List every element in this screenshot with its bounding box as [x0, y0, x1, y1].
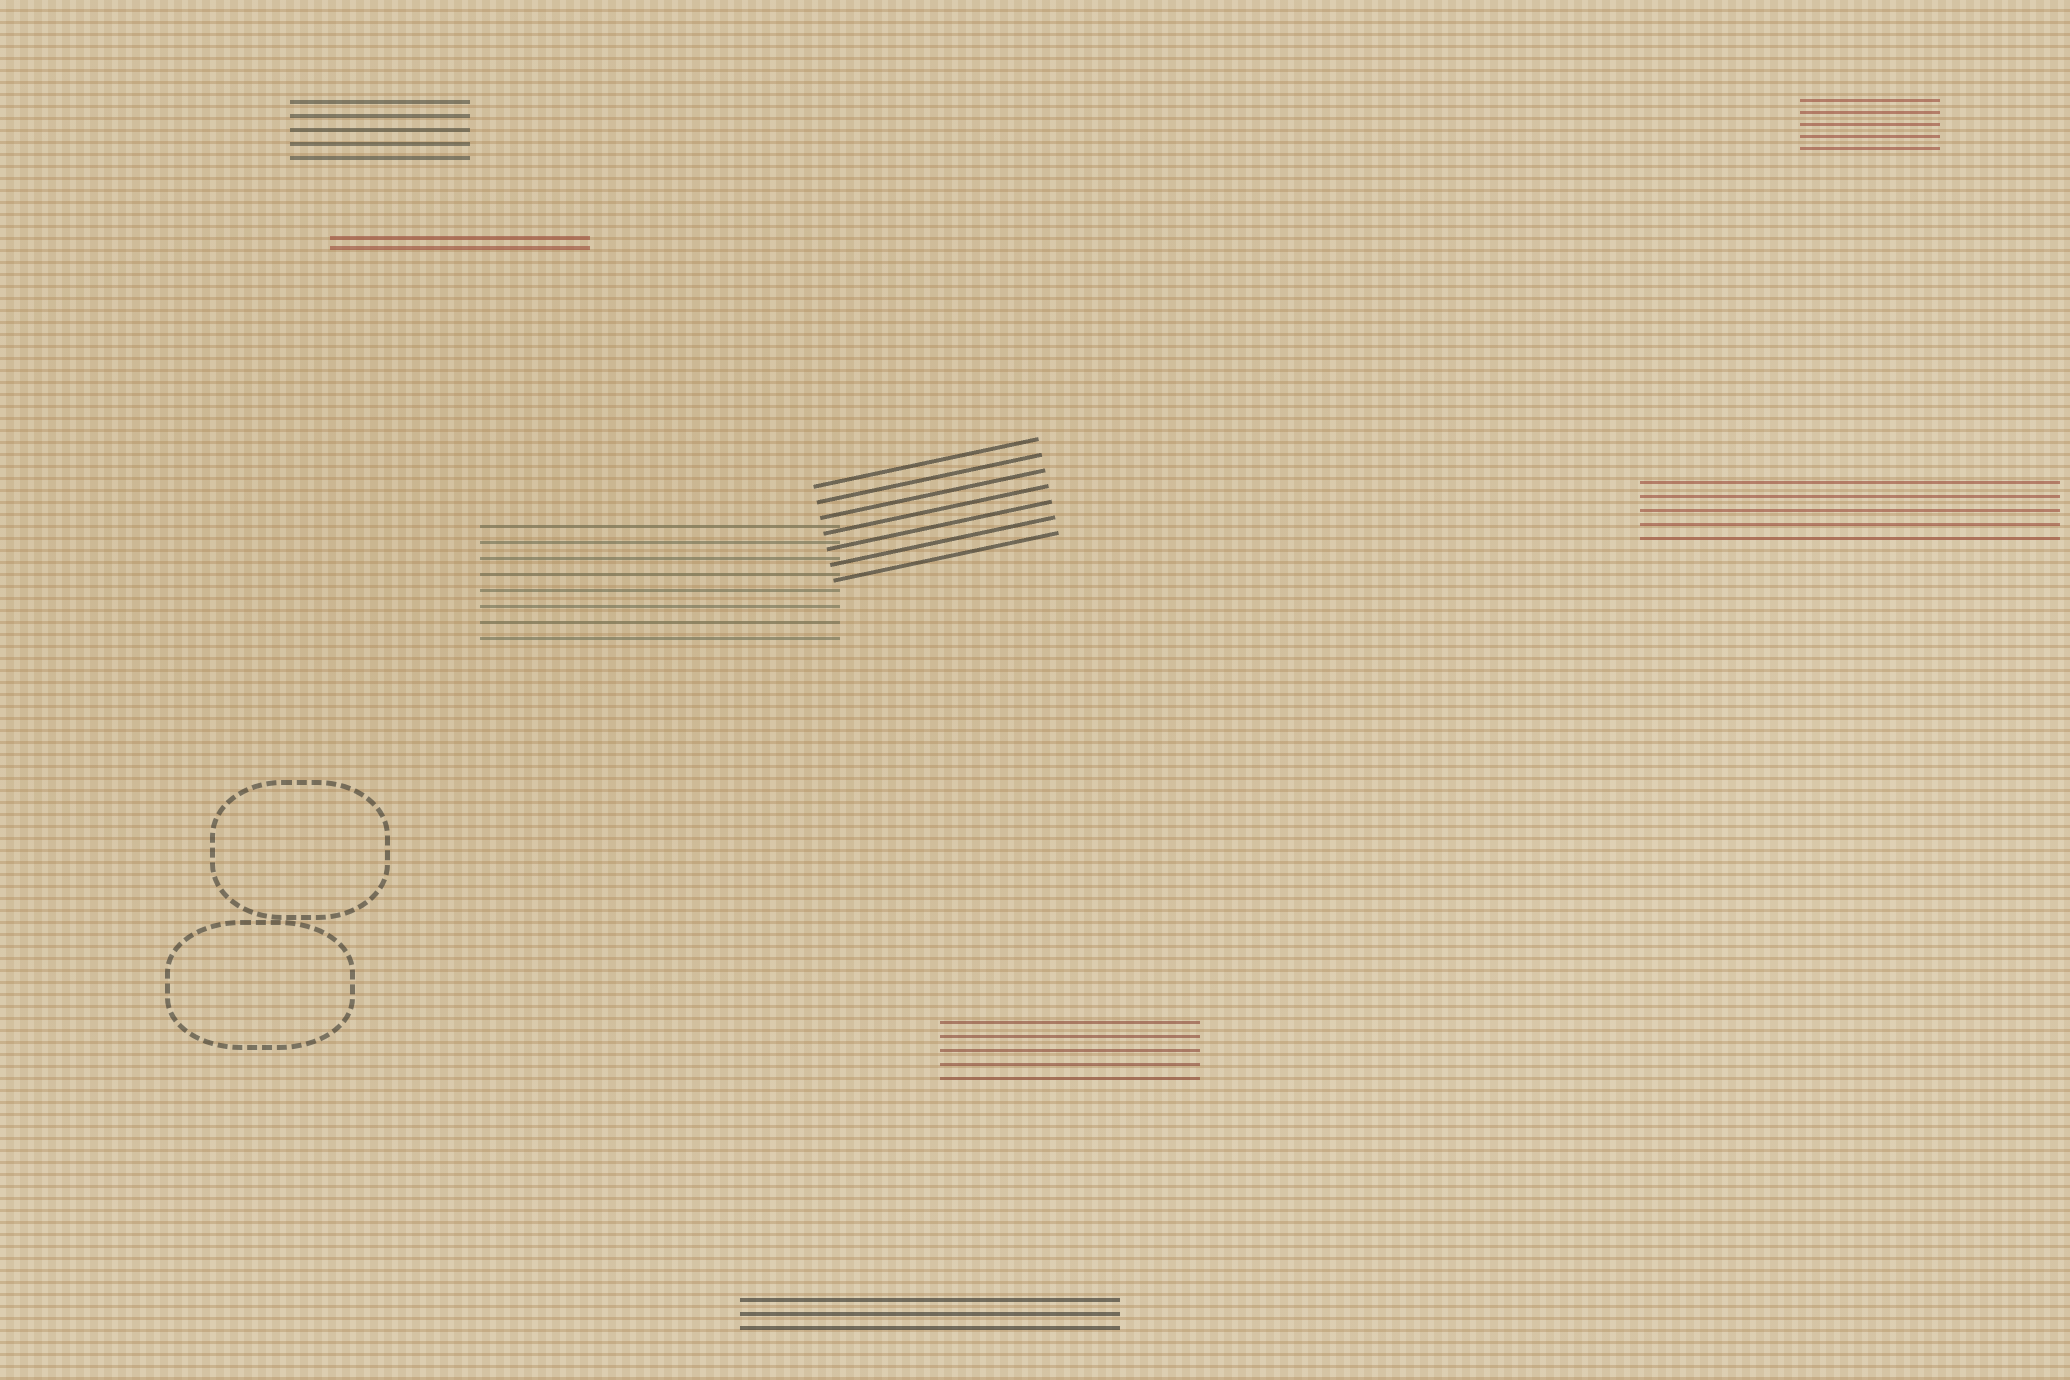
olive-motif: [480, 520, 840, 640]
rust-motif: [940, 1020, 1200, 1080]
ring-motif: [210, 780, 390, 920]
rug-texture-photo: Close-up of woven rug texture: [0, 0, 2070, 1380]
dark-motif: [290, 90, 470, 160]
ring-motif: [165, 920, 355, 1050]
dark-motif: [740, 1290, 1120, 1330]
rust-motif: [1800, 90, 1940, 150]
rust-motif: [1640, 480, 2060, 540]
dark-motif: [811, 427, 1059, 582]
rust-motif: [330, 230, 590, 250]
